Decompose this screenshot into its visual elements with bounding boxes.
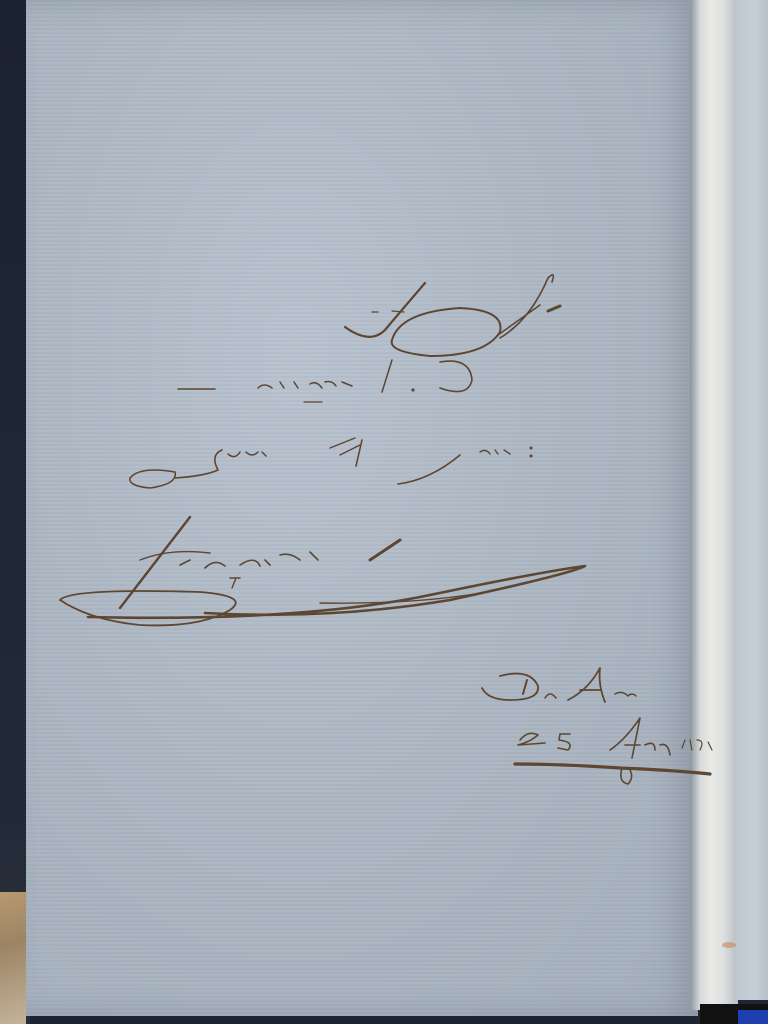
dedication-flourish: [345, 275, 560, 392]
handwriting-ink: [0, 0, 768, 1024]
signature: [60, 517, 585, 625]
dedication-text: מיין ליבן חבר: [360, 300, 431, 317]
phrase-text: אלס אַ גוטן אָנדענק:: [140, 444, 249, 461]
recipient-name-text: ש. לאזארוס —: [180, 378, 263, 395]
date-text: 25 Aug. 1935: [520, 730, 615, 746]
signature-text: מאָריס ראָזענפעלד: [180, 550, 280, 567]
place-text: Den Aa: [490, 676, 541, 692]
